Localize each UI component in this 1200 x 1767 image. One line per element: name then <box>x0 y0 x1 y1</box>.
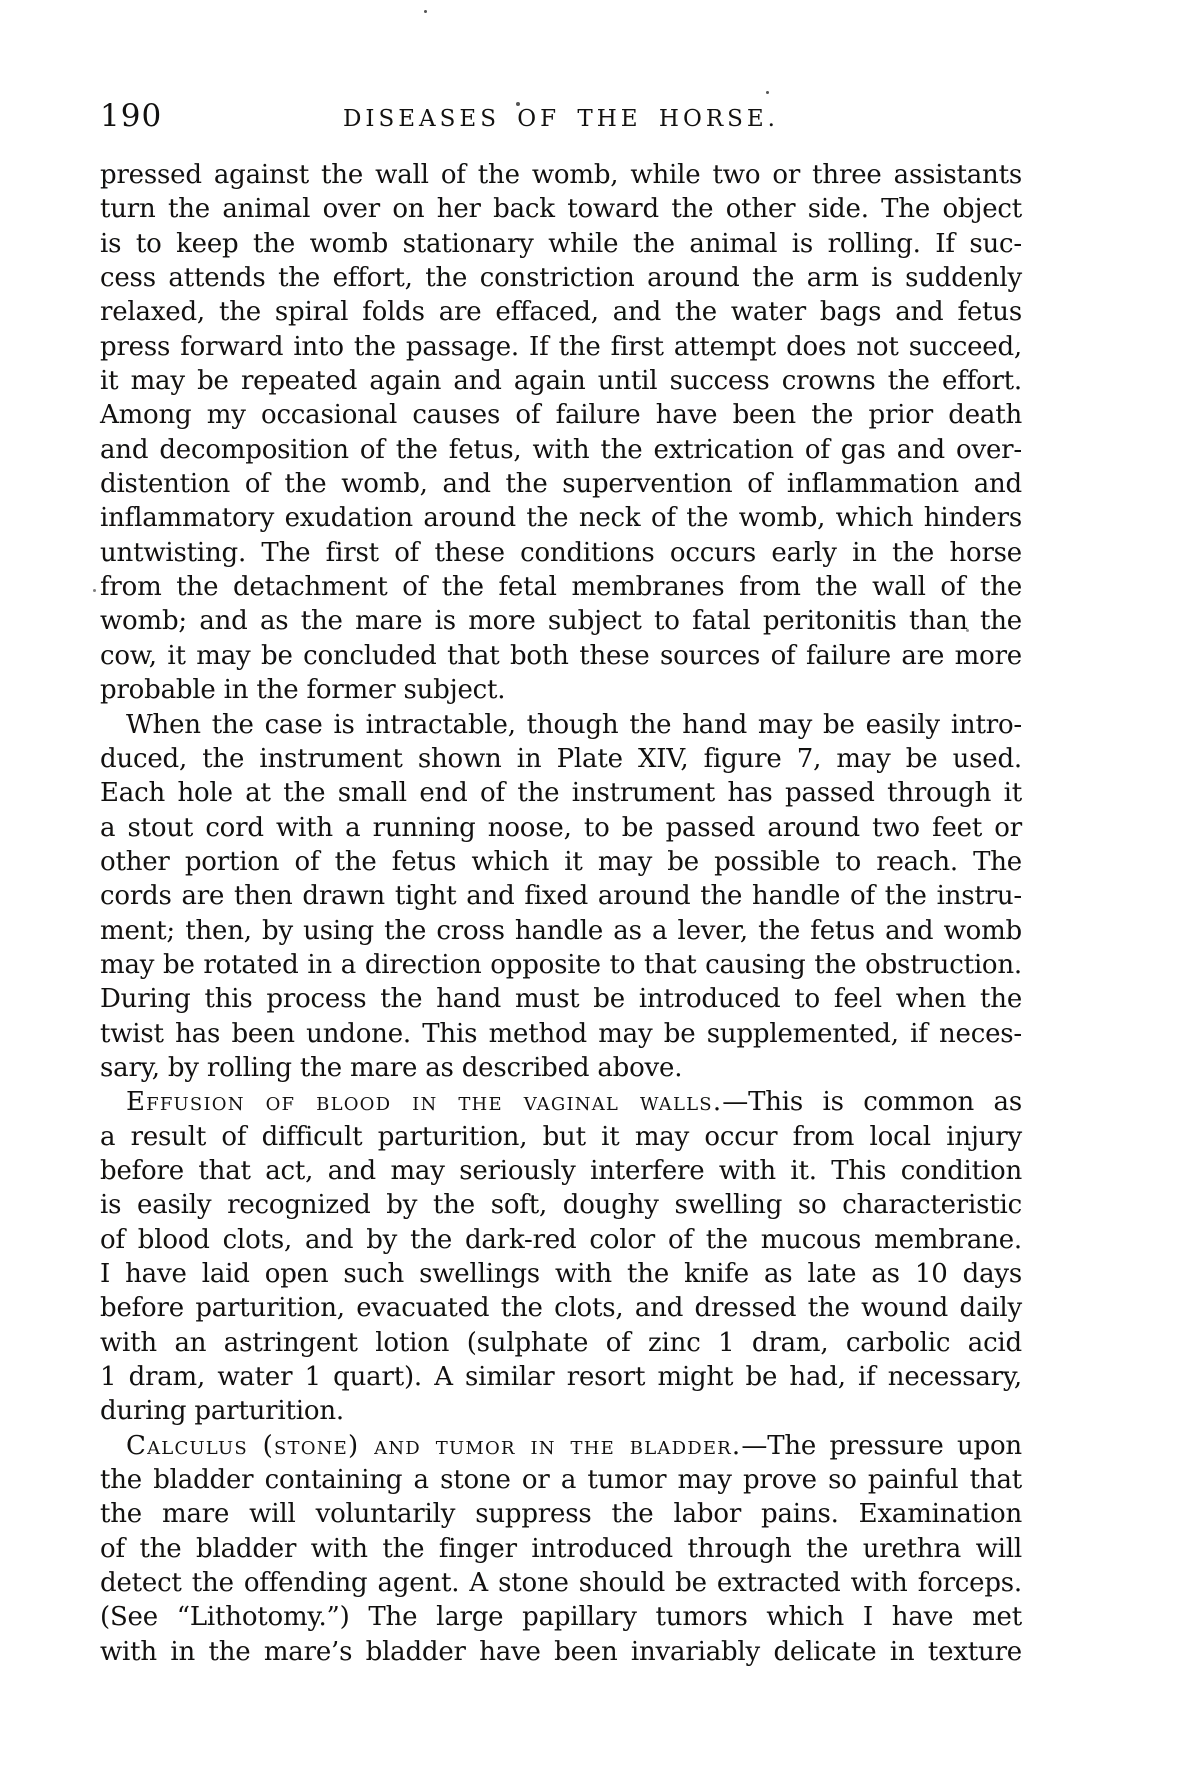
text-line: from the detachment of the fetal membran… <box>100 570 1022 604</box>
paragraph: Effusion of blood in the vaginal walls.—… <box>100 1085 1022 1428</box>
text-line: During this process the hand must be int… <box>100 982 1022 1016</box>
text-line: turn the animal over on her back toward … <box>100 192 1022 226</box>
text-line: before that act, and may seriously inter… <box>100 1154 1022 1188</box>
text-line: When the case is intractable, though the… <box>100 708 1022 742</box>
text-line: inflammatory exudation around the neck o… <box>100 501 1022 535</box>
text-line: 1 dram, water 1 quart). A similar resort… <box>100 1360 1022 1394</box>
text-line: Effusion of blood in the vaginal walls.—… <box>100 1085 1022 1119</box>
text-line: twist has been undone. This method may b… <box>100 1017 1022 1051</box>
text-line: press forward into the passage. If the f… <box>100 330 1022 364</box>
scan-speck <box>93 589 96 592</box>
smallcaps-section-heading: Calculus (stone) and tumor in the bladde… <box>126 1431 741 1461</box>
text-line: the bladder containing a stone or a tumo… <box>100 1463 1022 1497</box>
text-line: may be rotated in a direction opposite t… <box>100 948 1022 982</box>
text-line: Among my occasional causes of failure ha… <box>100 398 1022 432</box>
text-line: ment; then, by using the cross handle as… <box>100 914 1022 948</box>
smallcaps-section-heading: Effusion of blood in the vaginal walls. <box>126 1087 722 1117</box>
text-line: is easily recognized by the soft, doughy… <box>100 1188 1022 1222</box>
running-title: DISEASES OF THE HORSE. <box>250 106 872 132</box>
scan-speck <box>766 91 769 94</box>
book-page-scan: 190 DISEASES OF THE HORSE. pressed again… <box>0 0 1200 1767</box>
text-line: untwisting. The first of these condition… <box>100 536 1022 570</box>
scan-speck <box>424 10 427 13</box>
text-line: probable in the former subject. <box>100 673 1022 707</box>
text-line: duced, the instrument shown in Plate XIV… <box>100 742 1022 776</box>
text-line: cow, it may be concluded that both these… <box>100 639 1022 673</box>
text-line: womb; and as the mare is more subject to… <box>100 604 1022 638</box>
text-line: during parturition. <box>100 1394 1022 1428</box>
running-header: 190 DISEASES OF THE HORSE. <box>100 98 1022 134</box>
text-line: the mare will voluntarily suppress the l… <box>100 1497 1022 1531</box>
text-line: sary, by rolling the mare as described a… <box>100 1051 1022 1085</box>
text-line: Each hole at the small end of the instru… <box>100 776 1022 810</box>
text-line: cords are then drawn tight and fixed aro… <box>100 879 1022 913</box>
text-line: of the bladder with the finger introduce… <box>100 1532 1022 1566</box>
text-line: with an astringent lotion (sulphate of z… <box>100 1326 1022 1360</box>
text-line: detect the offending agent. A stone shou… <box>100 1566 1022 1600</box>
text-line: Calculus (stone) and tumor in the bladde… <box>100 1429 1022 1463</box>
text-line: before parturition, evacuated the clots,… <box>100 1291 1022 1325</box>
paragraph: When the case is intractable, though the… <box>100 708 1022 1086</box>
text-line: with in the mare’s bladder have been inv… <box>100 1635 1022 1669</box>
text-line: is to keep the womb stationary while the… <box>100 227 1022 261</box>
text-line: pressed against the wall of the womb, wh… <box>100 158 1022 192</box>
text-line: a result of difficult parturition, but i… <box>100 1120 1022 1154</box>
page-number: 190 <box>100 98 250 134</box>
paragraph: Calculus (stone) and tumor in the bladde… <box>100 1429 1022 1669</box>
text-line: and decomposition of the fetus, with the… <box>100 433 1022 467</box>
body-text: pressed against the wall of the womb, wh… <box>100 158 1022 1669</box>
text-line: cess attends the effort, the constrictio… <box>100 261 1022 295</box>
text-line: other portion of the fetus which it may … <box>100 845 1022 879</box>
paragraph: pressed against the wall of the womb, wh… <box>100 158 1022 708</box>
text-line: (See “Lithotomy.”) The large papillary t… <box>100 1600 1022 1634</box>
text-line: a stout cord with a running noose, to be… <box>100 811 1022 845</box>
text-line: of blood clots, and by the dark-red colo… <box>100 1223 1022 1257</box>
text-line: I have laid open such swellings with the… <box>100 1257 1022 1291</box>
text-line: relaxed, the spiral folds are effaced, a… <box>100 295 1022 329</box>
text-line: distention of the womb, and the superven… <box>100 467 1022 501</box>
text-line: it may be repeated again and again until… <box>100 364 1022 398</box>
